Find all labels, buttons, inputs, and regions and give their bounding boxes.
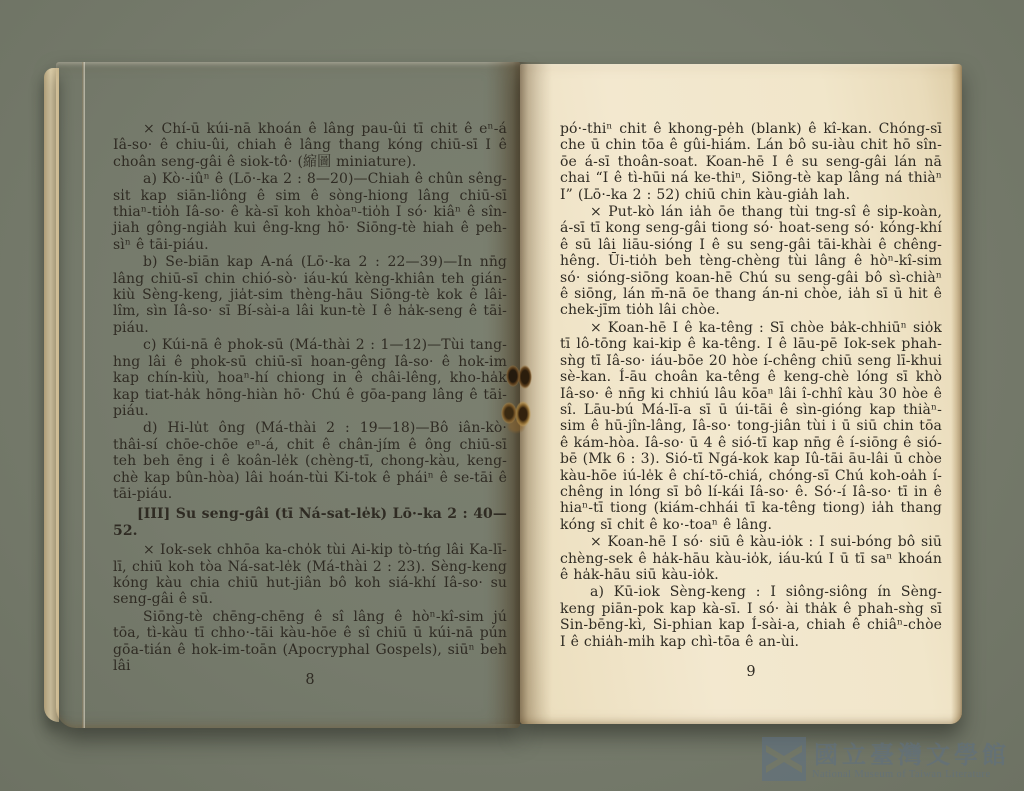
watermark-title-zh: 國立臺灣文學館 xyxy=(814,735,1024,770)
paragraph: Siōng-tè chēng-chēng ê sî lâng ê hòⁿ-kî-… xyxy=(113,609,507,675)
staple-rust-top xyxy=(504,360,534,397)
left-page-crease xyxy=(82,62,85,728)
right-page-number: 9 xyxy=(560,664,942,680)
paragraph: × Koan-hē I só· siū ê kàu-io̍k : I sui-b… xyxy=(560,534,942,583)
section-heading: [III] Su seng-gâi (tī Ná-sat-le̍k) Lō·-k… xyxy=(113,506,507,539)
paragraph: c) Kúi-nā ê phok-sū (Má-thài 2 : 1—12)—T… xyxy=(113,337,507,419)
paragraph: × Chí-ū kúi-nā khoán ê lâng pau-ûi tī ch… xyxy=(113,121,507,170)
paragraph: a) Kò·-iûⁿ ê (Lō·-ka 2 : 8—20)—Chiah ê c… xyxy=(113,171,507,253)
paragraph: × Iok-sek chhōa ka-cho̍k tùi Ai-ki̍p tò-… xyxy=(113,542,507,608)
paragraph: × Put-kò lán ia̍h ōe thang tùi tng-sî ê … xyxy=(560,204,942,319)
left-page-text: × Chí-ū kúi-nā khoán ê lâng pau-ûi tī ch… xyxy=(113,121,507,675)
paragraph: b) Se-biān kap A-ná (Lō·-ka 2 : 22—39)—I… xyxy=(113,254,507,336)
watermark-title-en: National Museum of Taiwan Literature xyxy=(812,769,1024,780)
museum-watermark: 國立臺灣文學館 National Museum of Taiwan Litera… xyxy=(760,733,1024,791)
left-page-number: 8 xyxy=(113,672,507,688)
museum-logo-icon xyxy=(762,737,806,781)
paragraph: pó·-thiⁿ chit ê khong-pe̍h (blank) ê kî-… xyxy=(560,121,942,203)
paragraph: × Koan-hē I ê ka-têng : Sī chòe ba̍k-chh… xyxy=(560,320,942,533)
right-page-stacked-edges xyxy=(951,64,962,724)
right-page-text: pó·-thiⁿ chit ê khong-pe̍h (blank) ê kî-… xyxy=(560,121,942,651)
paragraph: a) Kū-iok Sèng-keng : I siông-siông ín S… xyxy=(560,584,942,650)
paragraph: d) Hi-lu̍t ông (Má-thài 2 : 19—18)—Bô iâ… xyxy=(113,420,507,502)
